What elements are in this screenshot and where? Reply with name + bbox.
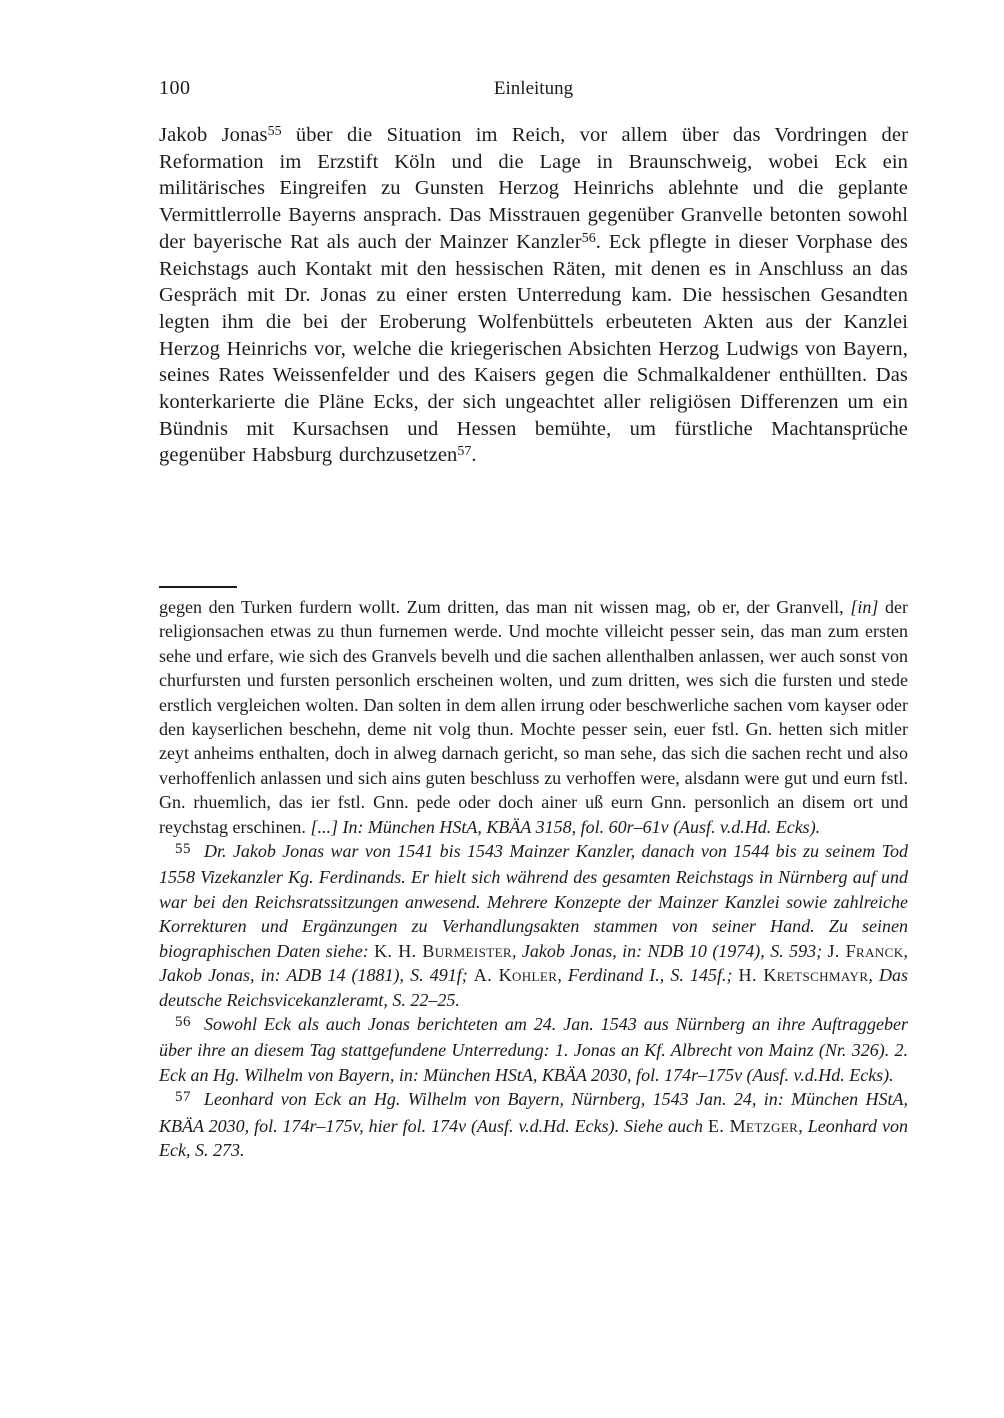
footnote-ref-57: 57 <box>457 444 471 459</box>
footnote-editorial-insertion: [in] <box>850 597 878 617</box>
footnote-separator-rule <box>159 586 237 588</box>
footnote-ref-55: 55 <box>268 124 282 139</box>
footnote-author-name: K. H. Burmeister <box>374 941 512 961</box>
footnote-number: 55 <box>175 841 191 857</box>
running-header: 100 Einleitung <box>159 75 908 101</box>
footnote-author-name: E. Metzger <box>708 1116 798 1136</box>
main-text-block: Jakob Jonas55 über die Situation im Reic… <box>159 122 908 469</box>
footnote-number: 56 <box>175 1014 191 1030</box>
footnote-number: 57 <box>175 1089 191 1105</box>
footnote-source-citation: [...] In: München HStA, KBÄA 3158, fol. … <box>310 817 820 837</box>
running-title: Einleitung <box>159 76 908 102</box>
footnote-author-name: A. Kohler <box>474 965 558 985</box>
body-text-segment: . <box>471 444 476 466</box>
footnote-continuation: gegen den Turken furdern wollt. Zum drit… <box>159 595 908 839</box>
footnote-55: 55Dr. Jakob Jonas war von 1541 bis 1543 … <box>159 839 908 1012</box>
footnote-56: 56Sowohl Eck als auch Jonas berichteten … <box>159 1012 908 1087</box>
body-text-segment: Jakob Jonas <box>159 124 268 146</box>
footnotes-section: gegen den Turken furdern wollt. Zum drit… <box>159 586 908 1162</box>
body-paragraph: Jakob Jonas55 über die Situation im Reic… <box>159 122 908 469</box>
footnote-text-segment: , Ferdinand I., S. 145f.; <box>557 965 738 985</box>
footnote-quote-segment: der religionsachen etwas zu thun furneme… <box>159 597 908 837</box>
footnote-text-segment: Sowohl Eck als auch Jonas berichteten am… <box>159 1014 908 1085</box>
body-text-segment: . Eck pflegte in dieser Vorphase des Rei… <box>159 231 908 467</box>
footnote-ref-56: 56 <box>582 231 596 246</box>
footnote-author-name: H. Kretschmayr <box>739 965 869 985</box>
footnote-text-segment: , Jakob Jonas, in: NDB 10 (1974), S. 593… <box>512 941 827 961</box>
footnote-57: 57Leonhard von Eck an Hg. Wilhelm von Ba… <box>159 1087 908 1162</box>
footnote-author-name: J. Franck <box>827 941 903 961</box>
footnote-quote-segment: gegen den Turken furdern wollt. Zum drit… <box>159 597 850 617</box>
book-page: 100 Einleitung Jakob Jonas55 über die Si… <box>0 0 1004 1418</box>
